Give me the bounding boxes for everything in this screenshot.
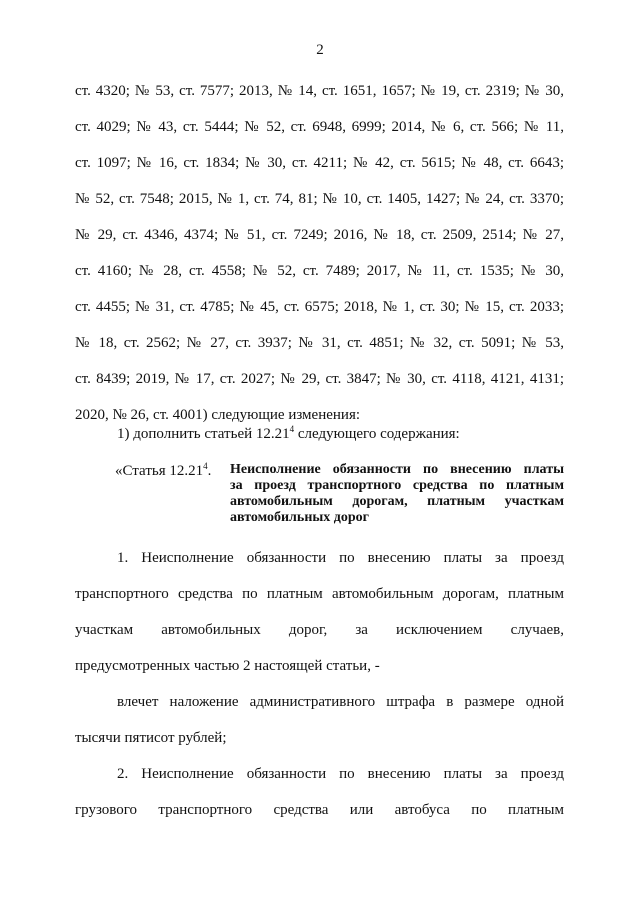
body-line: тысячи пятисот рублей; [75, 729, 564, 747]
page-number: 2 [0, 41, 640, 59]
body-line: 1. Неисполнение обязанности по внесению … [117, 549, 564, 567]
text-line: № 18, ст. 2562; № 27, ст. 3937; № 31, ст… [75, 334, 564, 352]
article-heading-line: за проезд транспортного средства по плат… [230, 478, 564, 494]
article-heading-line: автомобильных дорог [230, 510, 564, 526]
item1-suffix: следующего содержания: [294, 426, 460, 442]
body-line: транспортного средства по платным автомо… [75, 585, 564, 603]
body-line: предусмотренных частью 2 настоящей стать… [75, 657, 564, 675]
text-line: 2020, № 26, ст. 4001) следующие изменени… [75, 406, 564, 424]
text-line: ст. 4320; № 53, ст. 7577; 2013, № 14, ст… [75, 82, 564, 100]
body-line: грузового транспортного средства или авт… [75, 801, 564, 819]
body-line: 2. Неисполнение обязанности по внесению … [117, 765, 564, 783]
article-heading-line: автомобильным дорогам, платным участкам [230, 494, 564, 510]
text-line: № 52, ст. 7548; 2015, № 1, ст. 74, 81; №… [75, 190, 564, 208]
article-heading-line: Неисполнение обязанности по внесению пла… [230, 462, 564, 478]
body-line: влечет наложение административного штраф… [117, 693, 564, 711]
text-line: ст. 4029; № 43, ст. 5444; № 52, ст. 6948… [75, 118, 564, 136]
amendment-item-1: 1) дополнить статьей 12.214 следующего с… [117, 425, 564, 443]
text-line: № 29, ст. 4346, 4374; № 51, ст. 7249; 20… [75, 226, 564, 244]
text-line: ст. 4160; № 28, ст. 4558; № 52, ст. 7489… [75, 262, 564, 280]
article-label-prefix: «Статья 12.21 [115, 463, 203, 479]
text-line: ст. 8439; 2019, № 17, ст. 2027; № 29, ст… [75, 370, 564, 388]
text-line: ст. 1097; № 16, ст. 1834; № 30, ст. 4211… [75, 154, 564, 172]
text-line: ст. 4455; № 31, ст. 4785; № 45, ст. 6575… [75, 298, 564, 316]
article-label-suffix: . [208, 463, 212, 479]
article-label: «Статья 12.214. [115, 462, 211, 480]
item1-prefix: 1) дополнить статьей 12.21 [117, 426, 290, 442]
body-line: участкам автомобильных дорог, за исключе… [75, 621, 564, 639]
